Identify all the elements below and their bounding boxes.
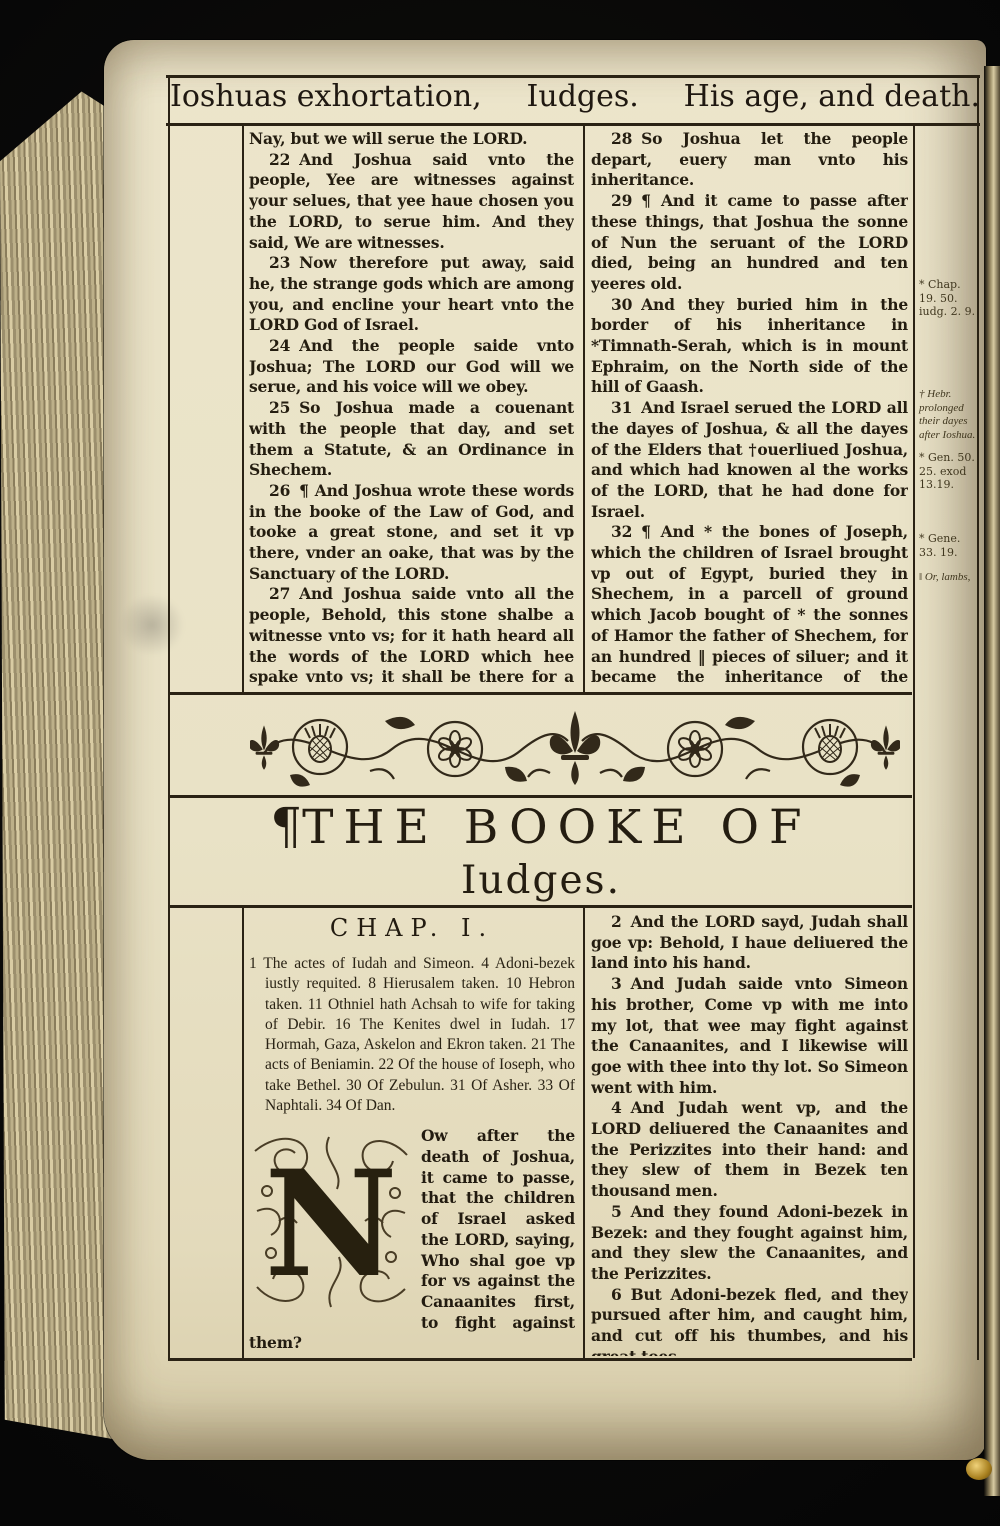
verse-text: But Adoni-bezek fled, and they pursued a… [591,1285,908,1356]
margin-note-or-lambs: ‖ Or, lambs, [919,571,976,585]
decorated-initial-woodcut: N [249,1129,413,1315]
verse-text: Nay, but we will serue the LORD. [249,129,527,148]
verse-4: 4And Judah went vp, and the LORD deliuer… [591,1098,908,1202]
rule-bottom [168,1358,912,1361]
verse-text: And they found Adoni-bezek in Bezek: and… [591,1202,908,1283]
verse-29: 29¶ And it came to passe after these thi… [591,191,908,295]
paper-stain [108,583,196,667]
verse-number: 32 [611,522,641,541]
verse-number: 24 [269,336,299,355]
rule-below-joshua [168,692,912,695]
rule-left-inner-top [242,123,244,692]
pilcrow-mark: ¶ [270,797,302,855]
book-title-line1: ¶THE BOOKE OF [270,800,811,855]
rule-below-header [166,123,980,126]
chapter-heading: CHAP. I. [249,914,575,942]
verse-number: 25 [269,398,299,417]
verse-number: 6 [611,1285,631,1304]
verse-number: 5 [611,1202,631,1221]
margin-note-hebr: † Hebr. prolonged their dayes after Iosh… [919,388,976,442]
header-book-name: Iudges. [527,79,639,114]
book-title-line2: Iudges. [170,858,912,903]
verse-31: 31And Israel serued the LORD all the day… [591,398,908,522]
judges-left-column: CHAP. I. 1 The actes of Iudah and Simeon… [249,912,575,1356]
verse-32: 32¶ And * the bones of Joseph, which the… [591,522,908,689]
running-header: Ioshuas exhortation, Iudges. His age, an… [170,79,980,114]
rule-margin-outer [977,75,979,1360]
verse-text: ¶ And * the bones of Joseph, which the c… [591,522,908,689]
margin-note-gen33: * Gene. 33. 19. [919,532,976,559]
rule-left-outer [168,75,170,1360]
verse-number: 2 [611,912,631,931]
verse-26: 26¶ And Joshua wrote these words in the … [249,481,574,585]
rule-below-title [168,905,912,908]
margin-note-gen50: * Gen. 50. 25. exod 13.19. [919,451,976,492]
rule-top [166,75,980,78]
verse-text: And Judah saide vnto Simeon his brother,… [591,974,908,1097]
initial-N-image: N [249,1129,413,1315]
verse-27: 27And Joshua saide vnto all the people, … [249,584,574,689]
verse-5: 5And they found Adoni-bezek in Bezek: an… [591,1202,908,1285]
fleur-de-lis [550,711,600,785]
verse-number: 31 [611,398,641,417]
verse-number: 28 [611,129,641,148]
verse-number: 26 [269,481,299,500]
verse-number: 3 [611,974,631,993]
verse-28: 28So Joshua let the people depart, euery… [591,129,908,191]
joshua-right-column: 28So Joshua let the people depart, euery… [591,129,908,689]
verse-3: 3And Judah saide vnto Simeon his brother… [591,974,908,1098]
verse-6: 6But Adoni-bezek fled, and they pursued … [591,1285,908,1356]
verse-30: 30And they buried him in the border of h… [591,295,908,399]
verse-number: 23 [269,253,299,272]
opening-verse: N Ow after the death of Joshua, it came … [249,1126,575,1354]
verse-text: And Judah went vp, and the LORD deliuere… [591,1098,908,1200]
verse-22: 22And Joshua said vnto the people, Yee a… [249,150,574,254]
rule-center-bottom [583,905,585,1358]
verse-25: 25So Joshua made a couenant with the peo… [249,398,574,481]
book-title-text: THE BOOKE OF [302,800,812,855]
book-title: ¶THE BOOKE OF Iudges. [170,797,912,903]
next-page-edge [984,66,1000,1496]
verse-23: 23Now therefore put away, said he, the s… [249,253,574,336]
verse-number: 30 [611,295,641,314]
judges-right-column: 2And the LORD sayd, Judah shall goe vp: … [591,912,908,1356]
verse-24: 24And the people saide vnto Joshua; The … [249,336,574,398]
verse-21-continuation: Nay, but we will serue the LORD. [249,129,574,150]
rule-left-inner-bottom [242,905,244,1358]
joshua-left-column: Nay, but we will serue the LORD. 22And J… [249,129,574,689]
photo-background: Ioshuas exhortation, Iudges. His age, an… [0,0,1000,1526]
floral-ornament-woodcut [250,701,900,793]
verse-number: 22 [269,150,299,169]
drop-cap-letter: N [264,1139,397,1310]
header-right: His age, and death. [684,79,980,114]
book-clasp [966,1458,992,1480]
book-page-edges [0,86,120,1454]
chapter-summary: 1 The actes of Iudah and Simeon. 4 Adoni… [249,954,575,1116]
margin-note-timnath: * Chap. 19. 50. iudg. 2. 9. [919,278,976,319]
verse-number: 4 [611,1098,631,1117]
verse-2: 2And the LORD sayd, Judah shall goe vp: … [591,912,908,974]
verse-number: 29 [611,191,641,210]
rule-center-top [583,123,585,692]
header-left: Ioshuas exhortation, [170,79,482,114]
verse-number: 27 [269,584,299,603]
rule-margin-inner [913,123,915,1358]
thistle-rose-band-image [250,701,900,793]
verse-text: And the LORD sayd, Judah shall goe vp: B… [591,912,908,972]
